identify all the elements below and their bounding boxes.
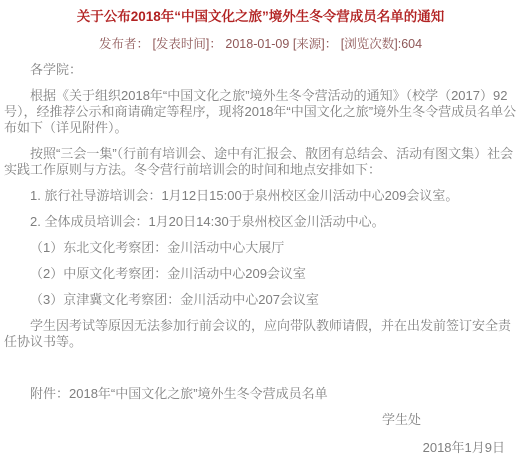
sub-item-jingjinji-group: （3）京津冀文化考察团：金川活动中心207会议室: [4, 292, 517, 308]
notice-meta: 发布者： [发表时间]： 2018-01-09 [来源]： [浏览次数]:604: [0, 36, 521, 52]
publisher-label: 发布者：: [99, 37, 149, 51]
notice-body: 各学院： 根据《关于组织2018年“中国文化之旅”境外生冬令营活动的通知》（校学…: [0, 62, 521, 350]
views-count: 604: [401, 37, 422, 51]
salutation: 各学院：: [4, 62, 517, 78]
sub-item-northeast-group: （1）东北文化考察团：金川活动中心大展厅: [4, 240, 517, 256]
publish-time-label: [发表时间]：: [152, 37, 221, 51]
notice-title: 关于公布2018年“中国文化之旅”境外生冬令营成员名单的通知: [0, 0, 521, 25]
paragraph-principle: 按照“三会一集”（行前有培训会、途中有汇报会、散团有总结会、活动有图文集）社会实…: [4, 146, 517, 178]
views-label: [浏览次数]:: [341, 37, 401, 51]
notice-page: 关于公布2018年“中国文化之旅”境外生冬令营成员名单的通知 发布者： [发表时…: [0, 0, 521, 470]
paragraph-basis: 根据《关于组织2018年“中国文化之旅”境外生冬令营活动的通知》（校学（2017…: [4, 88, 517, 136]
list-item-all-members-training: 2. 全体成员培训会：1月20日14:30于泉州校区金川活动中心。: [4, 214, 517, 230]
signature-department: 学生处: [4, 412, 517, 428]
source-label: [来源]：: [293, 37, 337, 51]
publish-date: 2018-01-09: [225, 37, 289, 51]
signature-date: 2018年1月9日: [4, 440, 517, 456]
notice-footer: 附件：2018年“中国文化之旅”境外生冬令营成员名单 学生处 2018年1月9日: [0, 386, 521, 456]
paragraph-leave-policy: 学生因考试等原因无法参加行前会议的，应向带队教师请假，并在出发前签订安全责任协议…: [4, 318, 517, 350]
sub-item-central-plains-group: （2）中原文化考察团：金川活动中心209会议室: [4, 266, 517, 282]
list-item-guide-training: 1. 旅行社导游培训会：1月12日15:00于泉州校区金川活动中心209会议室。: [4, 188, 517, 204]
attachment-line: 附件：2018年“中国文化之旅”境外生冬令营成员名单: [4, 386, 517, 402]
